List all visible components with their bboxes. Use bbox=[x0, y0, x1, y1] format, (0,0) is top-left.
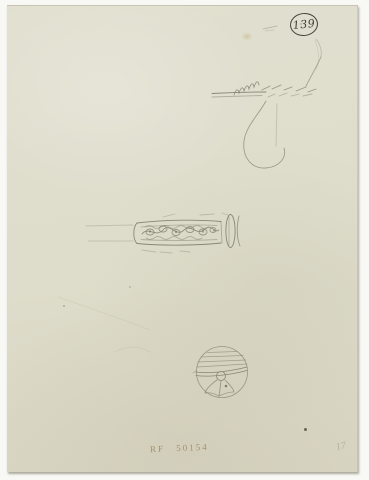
drawing-scan: 139 RF 50154 17 bbox=[0, 0, 369, 480]
rosette-pommel-sketch bbox=[193, 347, 248, 398]
pencil-sketch-layer bbox=[0, 0, 369, 480]
collection-number-text: 139 bbox=[292, 18, 316, 31]
folio-corner-mark-text: 17 bbox=[335, 440, 347, 453]
ornamented-grip-sketch bbox=[86, 213, 240, 253]
faint-stray-marks bbox=[58, 26, 277, 352]
folio-corner-mark: 17 bbox=[335, 440, 347, 453]
hooked-scabbard-tip-sketch bbox=[212, 39, 321, 168]
